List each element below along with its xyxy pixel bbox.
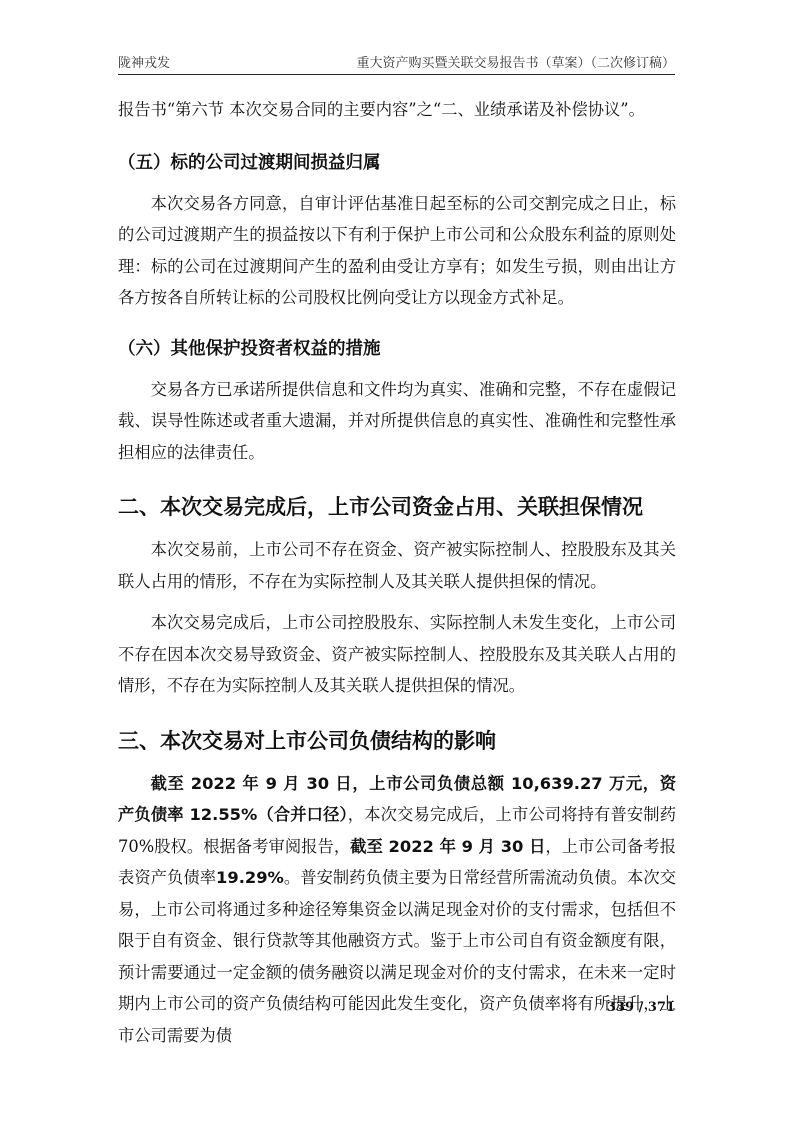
chapter-3-heading: 三、本次交易对上市公司负债结构的影响 — [118, 724, 676, 758]
chapter-2-paragraph-1: 本次交易前，上市公司不存在资金、资产被实际控制人、控股股东及其关联人占用的情形，… — [118, 534, 676, 597]
date-bold: 截至 2022 年 9 月 30 日 — [350, 837, 545, 856]
document-title: 重大资产购买暨关联交易报告书（草案）（二次修订稿） — [356, 52, 675, 71]
page-number: 339 / 371 — [607, 1000, 675, 1015]
page-body: 报告书“第六节 本次交易合同的主要内容”之“二、业绩承诺及补偿协议”。 （五）标… — [118, 90, 676, 1051]
chapter-2-paragraph-2: 本次交易完成后，上市公司控股股东、实际控制人未发生变化，上市公司不存在因本次交易… — [118, 607, 676, 702]
company-name: 陇神戎发 — [118, 52, 170, 71]
section-5-paragraph: 本次交易各方同意，自审计评估基准日起至标的公司交割完成之日止，标的公司过渡期产生… — [118, 188, 676, 314]
section-6-paragraph: 交易各方已承诺所提供信息和文件均为真实、准确和完整，不存在虚假记载、误导性陈述或… — [118, 374, 676, 469]
chapter-3-paragraph: 截至 2022 年 9 月 30 日，上市公司负债总额 10,639.27 万元… — [118, 768, 676, 1052]
chapter-2-heading: 二、本次交易完成后，上市公司资金占用、关联担保情况 — [118, 490, 676, 524]
text-segment: 。普安制药负债主要为日常经营所需流动负债。本次交易，上市公司将通过多种途径筹集资… — [118, 868, 676, 1045]
section-6-heading: （六）其他保护投资者权益的措施 — [118, 334, 676, 364]
page-header: 陇神戎发 重大资产购买暨关联交易报告书（草案）（二次修订稿） — [118, 52, 675, 75]
intro-line: 报告书“第六节 本次交易合同的主要内容”之“二、业绩承诺及补偿协议”。 — [118, 94, 676, 126]
section-5-heading: （五）标的公司过渡期间损益归属 — [118, 148, 676, 178]
ratio-bold: 19.29% — [216, 868, 284, 887]
